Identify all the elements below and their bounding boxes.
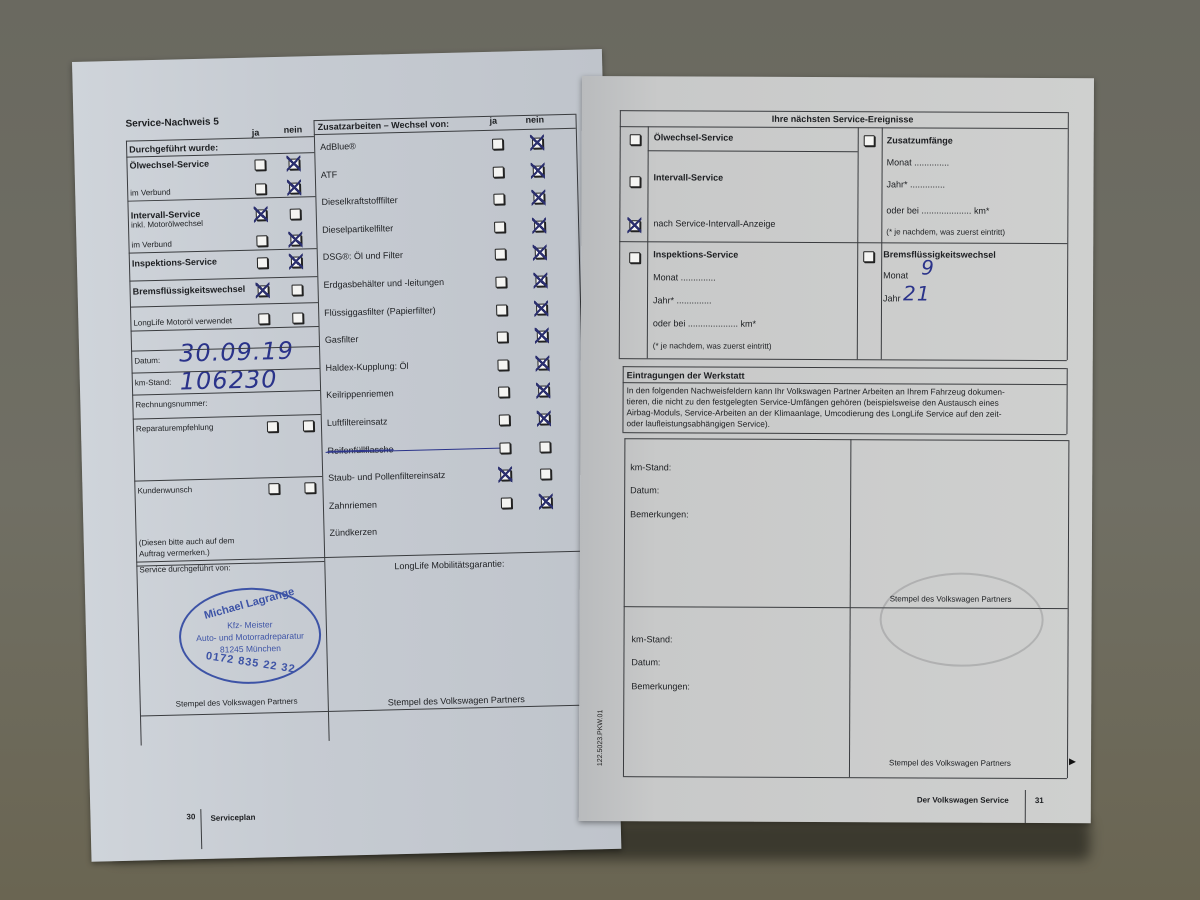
recommendation-checkbox[interactable] (268, 483, 279, 494)
extra-label: Keilrippenriemen (326, 389, 394, 401)
extra-label: Dieselkraftstofffilter (321, 195, 397, 207)
col-nein: nein (284, 124, 303, 134)
events-header: Ihre nächsten Service-Ereignisse (772, 114, 914, 125)
service-label: Inspektions-Service (132, 257, 217, 269)
service-nein-checkbox[interactable] (288, 158, 299, 169)
zusatz-label: Zusatzumfänge (887, 135, 953, 145)
extra-ja-checkbox[interactable] (493, 194, 504, 205)
mobility-stamp-caption: Stempel des Volkswagen Partners (388, 694, 525, 707)
zusatz-checkbox[interactable] (864, 135, 875, 146)
extra-label: Haldex-Kupplung: Öl (325, 361, 408, 373)
extra-label: AdBlue® (320, 141, 356, 152)
extra-nein-checkbox[interactable] (534, 220, 545, 231)
stamp-caption-left: Stempel des Volkswagen Partners (176, 697, 298, 709)
performed-label: Durchgeführt wurde: (129, 142, 218, 154)
extra-nein-checkbox[interactable] (540, 469, 551, 480)
col-ja: ja (252, 127, 260, 137)
extra-nein-checkbox[interactable] (537, 331, 548, 342)
datum-label: Datum: (134, 356, 160, 366)
kundenwunsch-note-1: (Diesen bitte auch auf dem (139, 536, 235, 547)
extras-col-ja: ja (489, 116, 497, 126)
extra-ja-checkbox[interactable] (499, 414, 510, 425)
extra-nein-checkbox[interactable] (533, 165, 544, 176)
service-nein-checkbox[interactable] (290, 208, 301, 219)
entry2-bemerkungen: Bemerkungen: (631, 681, 690, 691)
stamp-line1: Kfz- Meister (181, 618, 319, 631)
zusatz-km: oder bei .................... km* (886, 205, 989, 215)
werkstatt-text-2: tieren, die nicht zu den festgelegten Se… (627, 396, 999, 408)
extras-title: Zusatzarbeiten – Wechsel von: (318, 119, 450, 132)
extra-nein-checkbox[interactable] (532, 138, 543, 149)
extra-nein-checkbox[interactable] (535, 248, 546, 259)
extra-ja-checkbox[interactable] (499, 442, 510, 453)
zusatz-jahr: Jahr* .............. (887, 179, 946, 189)
reparatur-label: Reparaturempfehlung (136, 423, 214, 434)
service-ja-checkbox[interactable] (256, 235, 267, 246)
service-nein-checkbox[interactable] (292, 312, 303, 323)
extra-ja-checkbox[interactable] (500, 470, 511, 481)
werkstatt-text-4: oder laufleistungsabhängigen Service). (626, 418, 769, 429)
service-ja-checkbox[interactable] (256, 209, 267, 220)
extra-ja-checkbox[interactable] (493, 166, 504, 177)
inspektion-monat: Monat .............. (653, 272, 716, 282)
footer-page-left: 30 (186, 812, 195, 821)
extra-nein-checkbox[interactable] (541, 496, 552, 507)
datum-value: 30.09.19 (179, 337, 295, 368)
werkstatt-text-3: Airbag-Moduls, Service-Arbeiten an der K… (627, 407, 1002, 419)
intervall-sia-label: nach Service-Intervall-Anzeige (653, 218, 775, 229)
service-label: LongLife Motoröl verwendet (133, 316, 232, 327)
brems-monat-label: Monat (883, 270, 908, 280)
oel-checkbox[interactable] (630, 134, 641, 145)
stamp-line2: Auto- und Motorradreparatur (181, 630, 319, 643)
km-label: km-Stand: (135, 378, 172, 388)
extra-nein-checkbox[interactable] (538, 386, 549, 397)
right-page: 122.5023.PKW.01 Ihre nächsten Service-Er… (579, 76, 1094, 823)
entry2-km: km-Stand: (632, 634, 673, 644)
service-label: Ölwechsel-Service (129, 159, 209, 171)
extra-label: ATF (321, 169, 338, 179)
service-ja-checkbox[interactable] (255, 183, 266, 194)
left-page-title: Service-Nachweis 5 (125, 116, 219, 129)
brems-monat-value: 9 (921, 255, 935, 279)
inspektion-label: Inspektions-Service (653, 249, 738, 259)
extra-ja-checkbox[interactable] (495, 249, 506, 260)
extra-label: Luftfiltereinsatz (327, 416, 388, 427)
kundenwunsch-label: Kundenwunsch (137, 485, 192, 495)
inspektion-jahr: Jahr* .............. (653, 295, 712, 305)
extra-ja-checkbox[interactable] (497, 332, 508, 343)
extra-label: Flüssiggasfilter (Papierfilter) (324, 305, 436, 318)
inspektion-km: oder bei .................... km* (653, 318, 756, 328)
extras-col-nein: nein (525, 114, 544, 124)
recommendation-checkbox[interactable] (304, 482, 315, 493)
extra-ja-checkbox[interactable] (501, 497, 512, 508)
extra-label: DSG®: Öl und Filter (323, 250, 403, 262)
extra-nein-checkbox[interactable] (539, 441, 550, 452)
entry1-datum: Datum: (630, 485, 659, 495)
intervall-checkbox[interactable] (630, 176, 641, 187)
brems-checkbox[interactable] (863, 251, 874, 262)
service-nein-checkbox[interactable] (292, 284, 303, 295)
extra-label: Zahnriemen (329, 499, 377, 510)
extra-nein-checkbox[interactable] (536, 303, 547, 314)
extra-label: Gasfilter (325, 334, 359, 345)
zusatz-monat: Monat .............. (887, 157, 950, 167)
extra-label: Dieselpartikelfilter (322, 223, 393, 235)
service-ja-checkbox[interactable] (254, 159, 265, 170)
brems-jahr-label: Jahr (883, 293, 901, 303)
inspektion-checkbox[interactable] (629, 252, 640, 263)
intervall-label: Intervall-Service (654, 172, 724, 182)
extra-nein-checkbox[interactable] (535, 275, 546, 286)
mobility-label: LongLife Mobilitätsgarantie: (394, 559, 504, 572)
rechnung-label: Rechnungsnummer: (135, 399, 207, 410)
entry1-km: km-Stand: (630, 462, 671, 472)
service-ja-checkbox[interactable] (257, 257, 268, 268)
service-ja-checkbox[interactable] (258, 313, 269, 324)
service-nein-checkbox[interactable] (290, 234, 301, 245)
kundenwunsch-note-2: Auftrag vermerken.) (139, 548, 210, 559)
recommendation-checkbox[interactable] (267, 421, 278, 432)
entry2-datum: Datum: (631, 657, 660, 667)
extra-ja-checkbox[interactable] (494, 221, 505, 232)
left-page: Service-Nachweis 5 ja nein Durchgeführt … (72, 49, 621, 862)
service-label: im Verbund (131, 240, 172, 250)
entry2-stamp-caption: Stempel des Volkswagen Partners (889, 758, 1011, 768)
service-nein-checkbox[interactable] (291, 256, 302, 267)
brems-jahr-value: 21 (903, 281, 931, 305)
entry1-stamp-caption: Stempel des Volkswagen Partners (890, 594, 1012, 604)
extra-label: Erdgasbehälter und -leitungen (323, 277, 444, 290)
footer-title-right: Der Volkswagen Service (917, 795, 1009, 804)
extra-ja-checkbox[interactable] (498, 387, 509, 398)
extra-ja-checkbox[interactable] (495, 276, 506, 287)
oel-label: Ölwechsel-Service (654, 132, 734, 142)
extra-ja-checkbox[interactable] (492, 138, 503, 149)
zusatz-note: (* je nachdem, was zuerst eintritt) (886, 227, 1005, 237)
extra-label: Zündkerzen (329, 527, 377, 538)
footer-page-right: 31 (1035, 796, 1044, 805)
brems-label: Bremsflüssigkeitswechsel (883, 249, 996, 259)
service-sublabel: inkl. Motorölwechsel (131, 219, 203, 230)
service-nein-checkbox[interactable] (289, 182, 300, 193)
recommendation-checkbox[interactable] (303, 420, 314, 431)
service-label: Bremsflüssigkeitswechsel (133, 284, 246, 297)
extra-label: Staub- und Pollenfiltereinsatz (328, 470, 445, 483)
werkstatt-text-1: In den folgenden Nachweisfeldern kann Ih… (627, 385, 1005, 397)
extra-ja-checkbox[interactable] (497, 359, 508, 370)
extra-nein-checkbox[interactable] (533, 193, 544, 204)
service-label: im Verbund (130, 188, 171, 198)
intervall-sia-checkbox[interactable] (629, 220, 640, 231)
ghost-stamp-imprint (879, 572, 1043, 667)
extra-nein-checkbox[interactable] (537, 358, 548, 369)
next-page-arrow-right[interactable]: ▶ (1069, 756, 1076, 767)
inspektion-note: (* je nachdem, was zuerst eintritt) (653, 341, 772, 351)
footer-title-left: Serviceplan (210, 813, 255, 823)
extra-nein-checkbox[interactable] (539, 413, 550, 424)
entry1-bemerkungen: Bemerkungen: (630, 509, 689, 519)
extra-ja-checkbox[interactable] (496, 304, 507, 315)
spine-code: 122.5023.PKW.01 (597, 710, 604, 766)
service-ja-checkbox[interactable] (258, 285, 269, 296)
werkstatt-title: Eintragungen der Werkstatt (627, 370, 745, 381)
workshop-stamp: Michael Lagrange Kfz- Meister Auto- und … (178, 586, 322, 685)
